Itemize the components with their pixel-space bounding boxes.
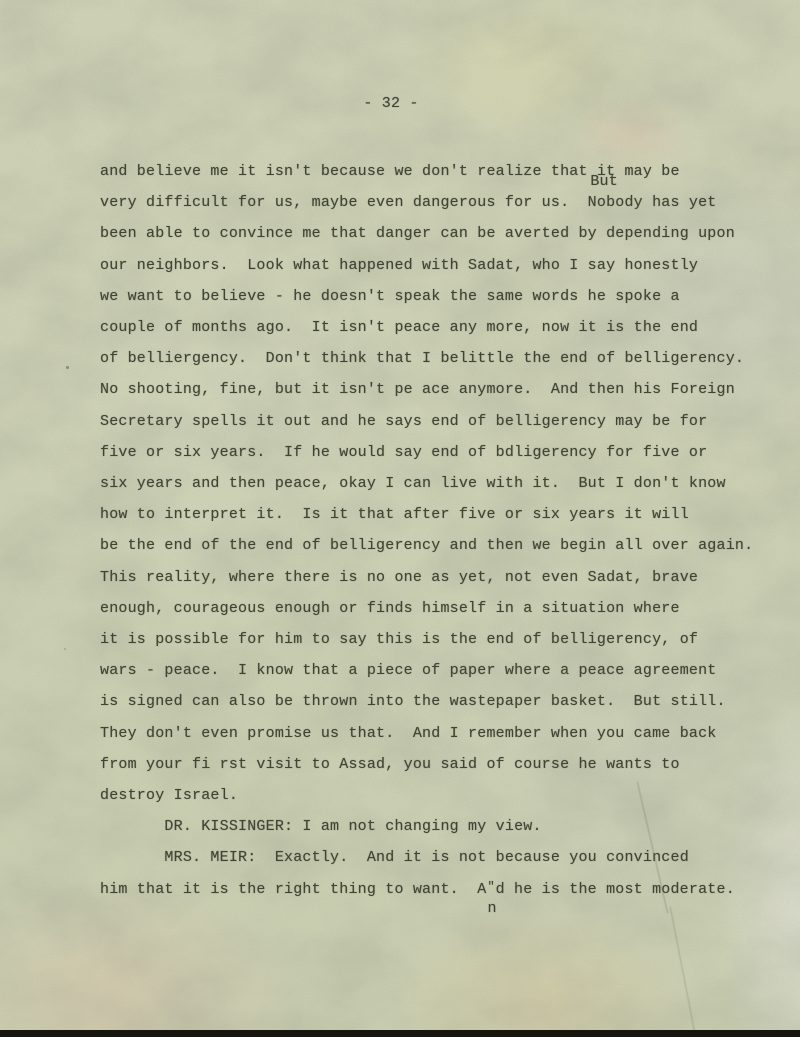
typed-line: enough, courageous enough or finds himse…	[100, 593, 753, 624]
typed-line: is signed can also be thrown into the wa…	[100, 686, 753, 717]
interlinear-insertion: But	[590, 174, 618, 189]
typed-line: six years and then peace, okay I can liv…	[100, 468, 753, 499]
typed-line: wars - peace. I know that a piece of pap…	[100, 655, 753, 686]
typed-line: we want to believe - he doesn't speak th…	[100, 281, 753, 312]
typed-line: our neighbors. Look what happened with S…	[100, 250, 753, 281]
typed-line: of belliergency. Don't think that I beli…	[100, 343, 753, 374]
typed-line: how to interpret it. Is it that after fi…	[100, 499, 753, 530]
paper-speck	[66, 366, 69, 369]
scanned-page: - 32 - and believe me it isn't because w…	[0, 0, 800, 1037]
typed-line: him that it is the right thing to want. …	[100, 874, 753, 905]
typed-line: No shooting, fine, but it isn't pe ace a…	[100, 374, 753, 405]
typed-line: it is possible for him to say this is th…	[100, 624, 753, 655]
page-number: - 32 -	[0, 95, 791, 112]
typed-line: five or six years. If he would say end o…	[100, 437, 753, 468]
typed-line: Secretary spells it out and he says end …	[100, 406, 753, 437]
scan-edge	[0, 1030, 800, 1037]
typed-line: This reality, where there is no one as y…	[100, 562, 753, 593]
typed-line: They don't even promise us that. And I r…	[100, 718, 753, 749]
paper-speck	[64, 648, 66, 650]
typed-line: from your fi rst visit to Assad, you sai…	[100, 749, 753, 780]
typed-line: been able to convince me that danger can…	[100, 218, 753, 249]
paper-crease	[670, 906, 698, 1037]
typed-line: and believe me it isn't because we don't…	[100, 156, 753, 187]
typed-line: very difficult for us, maybe even danger…	[100, 187, 753, 218]
typed-line: be the end of the end of belligerency an…	[100, 530, 753, 561]
typed-line: DR. KISSINGER: I am not changing my view…	[100, 811, 753, 842]
typed-line: destroy Israel.	[100, 780, 753, 811]
typed-line: couple of months ago. It isn't peace any…	[100, 312, 753, 343]
typed-text-block: and believe me it isn't because we don't…	[100, 156, 753, 905]
